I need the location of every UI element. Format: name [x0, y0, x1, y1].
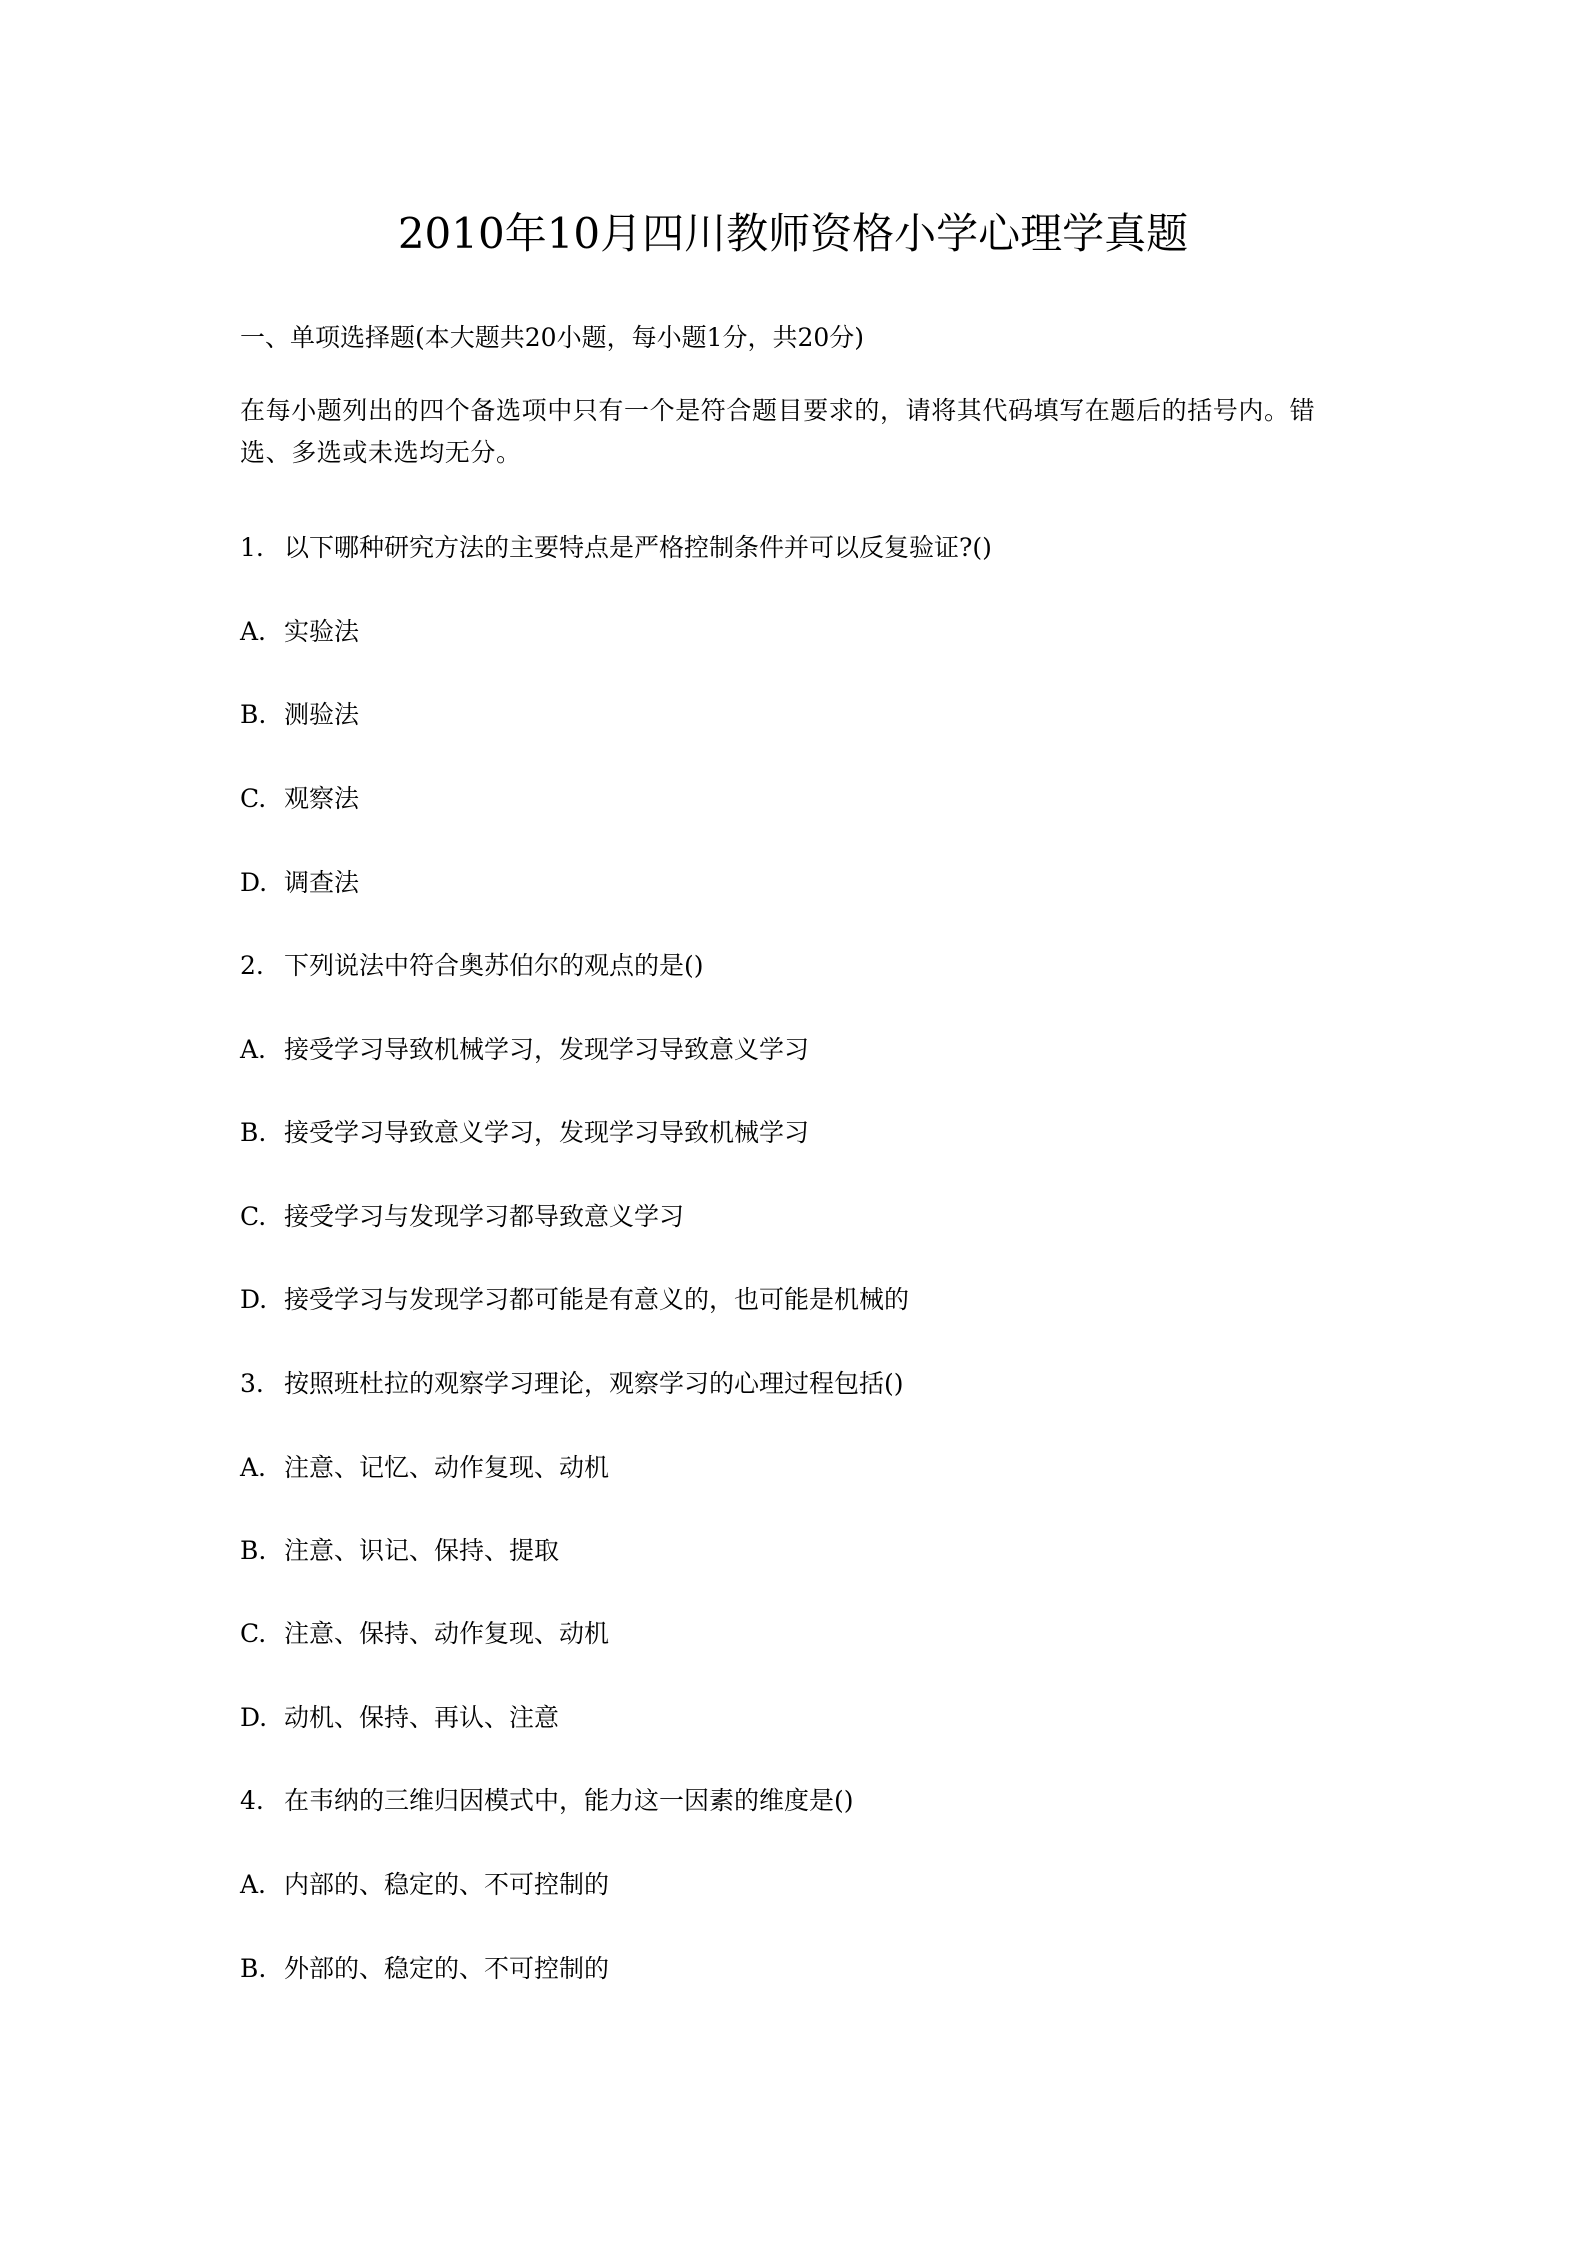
option-letter: B.: [240, 1534, 284, 1568]
question-4-option-b: B.外部的、稳定的、不可控制的: [240, 1952, 609, 1986]
option-text: 实验法: [284, 617, 359, 646]
option-letter: A.: [240, 615, 284, 649]
option-text: 注意、保持、动作复现、动机: [284, 1619, 609, 1648]
question-number: 4.: [240, 1784, 284, 1818]
option-letter: D.: [240, 1701, 284, 1735]
question-3-option-b: B.注意、识记、保持、提取: [240, 1534, 559, 1568]
option-letter: B.: [240, 1952, 284, 1986]
question-3-option-c: C.注意、保持、动作复现、动机: [240, 1617, 609, 1651]
question-number: 1.: [240, 531, 284, 565]
option-letter: A.: [240, 1868, 284, 1902]
option-text: 接受学习导致机械学习，发现学习导致意义学习: [284, 1035, 809, 1064]
option-letter: A.: [240, 1451, 284, 1485]
instructions-paragraph: 在每小题列出的四个备选项中只有一个是符合题目要求的，请将其代码填写在题后的括号内…: [240, 390, 1360, 474]
option-letter: A.: [240, 1033, 284, 1067]
option-letter: C.: [240, 1617, 284, 1651]
option-text: 调查法: [284, 868, 359, 897]
option-letter: B.: [240, 698, 284, 732]
question-3: 3.按照班杜拉的观察学习理论，观察学习的心理过程包括(): [240, 1367, 904, 1401]
question-3-option-a: A.注意、记忆、动作复现、动机: [240, 1451, 609, 1485]
question-2-option-d: D.接受学习与发现学习都可能是有意义的，也可能是机械的: [240, 1283, 909, 1317]
question-number: 2.: [240, 949, 284, 983]
option-text: 接受学习与发现学习都导致意义学习: [284, 1202, 684, 1231]
question-2-option-b: B.接受学习导致意义学习，发现学习导致机械学习: [240, 1116, 809, 1150]
option-letter: C.: [240, 1200, 284, 1234]
document-page: 2010年10月四川教师资格小学心理学真题 一、单项选择题(本大题共20小题，每…: [0, 0, 1586, 2244]
option-letter: B.: [240, 1116, 284, 1150]
question-2-option-c: C.接受学习与发现学习都导致意义学习: [240, 1200, 684, 1234]
question-text: 在韦纳的三维归因模式中，能力这一因素的维度是(): [284, 1786, 854, 1815]
question-text: 以下哪种研究方法的主要特点是严格控制条件并可以反复验证?(): [284, 533, 992, 562]
option-text: 注意、记忆、动作复现、动机: [284, 1453, 609, 1482]
question-1-option-d: D.调查法: [240, 866, 359, 900]
option-letter: D.: [240, 1283, 284, 1317]
option-text: 外部的、稳定的、不可控制的: [284, 1954, 609, 1983]
option-text: 测验法: [284, 700, 359, 729]
question-4: 4.在韦纳的三维归因模式中，能力这一因素的维度是(): [240, 1784, 854, 1818]
question-text: 按照班杜拉的观察学习理论，观察学习的心理过程包括(): [284, 1369, 904, 1398]
question-2-option-a: A.接受学习导致机械学习，发现学习导致意义学习: [240, 1033, 809, 1067]
question-text: 下列说法中符合奥苏伯尔的观点的是(): [284, 951, 704, 980]
question-2: 2.下列说法中符合奥苏伯尔的观点的是(): [240, 949, 704, 983]
page-title: 2010年10月四川教师资格小学心理学真题: [0, 206, 1586, 262]
option-letter: D.: [240, 866, 284, 900]
option-text: 接受学习导致意义学习，发现学习导致机械学习: [284, 1118, 809, 1147]
question-1-option-b: B.测验法: [240, 698, 359, 732]
question-1: 1.以下哪种研究方法的主要特点是严格控制条件并可以反复验证?(): [240, 531, 992, 565]
option-text: 注意、识记、保持、提取: [284, 1536, 559, 1565]
option-text: 接受学习与发现学习都可能是有意义的，也可能是机械的: [284, 1285, 909, 1314]
question-1-option-c: C.观察法: [240, 782, 359, 816]
question-number: 3.: [240, 1367, 284, 1401]
section-header: 一、单项选择题(本大题共20小题，每小题1分，共20分): [240, 321, 864, 355]
question-1-option-a: A.实验法: [240, 615, 359, 649]
option-letter: C.: [240, 782, 284, 816]
question-3-option-d: D.动机、保持、再认、注意: [240, 1701, 559, 1735]
option-text: 内部的、稳定的、不可控制的: [284, 1870, 609, 1899]
option-text: 观察法: [284, 784, 359, 813]
question-4-option-a: A.内部的、稳定的、不可控制的: [240, 1868, 609, 1902]
option-text: 动机、保持、再认、注意: [284, 1703, 559, 1732]
